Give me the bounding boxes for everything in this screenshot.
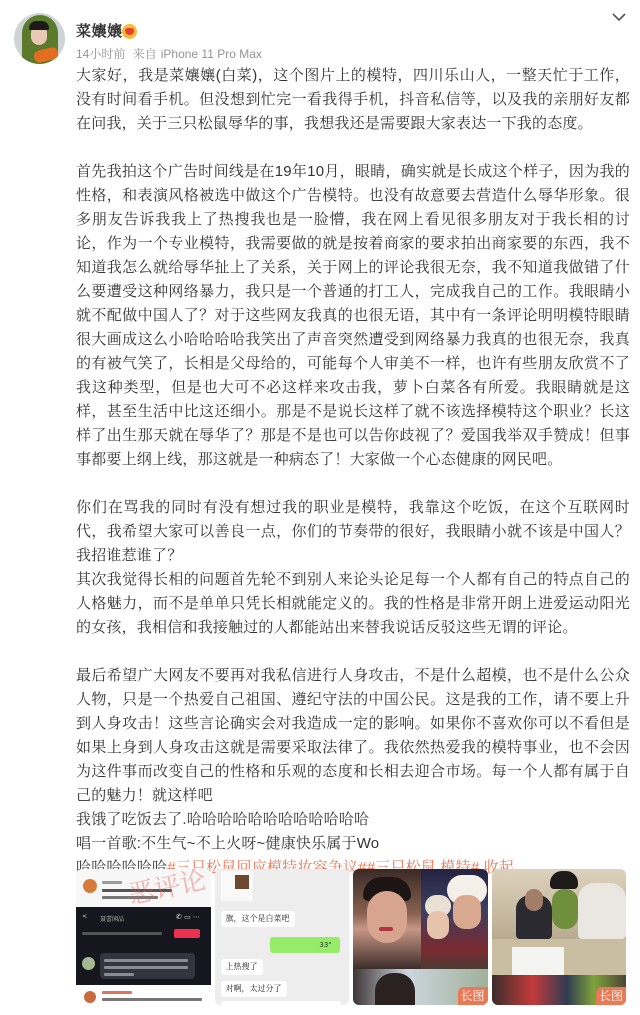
text-line [104, 959, 188, 962]
paragraph-appearance: 其次我觉得长相的问题首先轮不到别人来论头论足每一个人都有自己的特点自己的人格魅力… [76, 568, 630, 640]
line-hungry: 我饿了吃饭去了.哈哈哈哈哈哈哈哈哈哈哈哈 [76, 808, 630, 832]
post-time[interactable]: 14小时前 [76, 47, 125, 61]
photo-face [367, 891, 407, 943]
photo-hat [550, 871, 578, 889]
avatar[interactable] [14, 13, 65, 64]
chat-bubble: 对啊，太过分了 [221, 981, 287, 997]
text-line [102, 991, 132, 994]
photo-head [525, 889, 543, 911]
image-thumb-wechat[interactable]: 旗，这个是白菜吧 33" 上热搜了 对啊，太过分了 [215, 869, 350, 1005]
chat-title: 聂蕾闲品 [100, 914, 124, 923]
follow-button [174, 929, 200, 938]
image-thumb-chat[interactable]: 恶评论 < 聂蕾闲品 ✆ ▭ ⋯ [76, 869, 211, 1005]
photo-face [453, 895, 481, 929]
image-grid: 恶评论 < 聂蕾闲品 ✆ ▭ ⋯ 旗，这个是白菜吧 33" 上热搜了 对啊，太过… [76, 869, 626, 1005]
paragraph-timeline: 首先我拍这个广告时间线是在19年10月，眼睛，确实就是长成这个样子，因为我的性格… [76, 160, 630, 472]
voice-bubble: 33" [270, 937, 340, 953]
back-icon: < [82, 913, 87, 920]
chevron-down-icon[interactable] [612, 12, 626, 22]
weibo-post: 菜孃孃 14小时前 来自iPhone 11 Pro Max 大家好，我是菜孃孃(… [0, 0, 640, 1015]
chat-bubble [221, 1001, 341, 1005]
text-line [102, 998, 202, 1001]
image-thumb-village[interactable]: 长图 [492, 869, 627, 1005]
photo-face [427, 911, 449, 939]
paragraph-profession: 你们在骂我的同时有没有想过我的职业是模特，我靠这个吃饭，在这个互联网时代，我希望… [76, 496, 630, 568]
avatar-hair [29, 21, 49, 30]
paragraph-final: 最后希望广大网友不要再对我私信进行人身攻击，不是什么超模，也不是什么公众人物，只… [76, 664, 630, 808]
image-thumb-collage[interactable]: 长图 [353, 869, 488, 1005]
photo-woman [578, 883, 626, 939]
source-prefix: 来自 [133, 47, 157, 61]
commenter-avatar [83, 879, 97, 893]
photo-sign [512, 947, 564, 977]
vip-crown-icon[interactable] [122, 24, 137, 39]
line-song: 唱一首歌:不生气~不上火呀~健康快乐属于Wo [76, 832, 630, 856]
text-line [104, 966, 188, 969]
photo-lips [379, 927, 393, 931]
text-line [102, 881, 122, 884]
source-device: iPhone 11 Pro Max [161, 47, 262, 61]
chat-bubble: 旗，这个是白菜吧 [221, 911, 295, 927]
long-image-badge: 长图 [458, 987, 488, 1005]
photo-hair [375, 973, 415, 1005]
paragraph-intro: 大家好，我是菜孃孃(白菜)，这个图片上的模特，四川乐山人，一整天忙于工作，没有时… [76, 64, 630, 136]
author-name[interactable]: 菜孃孃 [76, 20, 123, 41]
long-image-badge: 长图 [596, 987, 626, 1005]
post-content: 大家好，我是菜孃孃(白菜)，这个图片上的模特，四川乐山人，一整天忙于工作，没有时… [76, 64, 630, 880]
text-line [104, 973, 134, 976]
chat-avatar [82, 957, 95, 970]
post-meta: 14小时前 来自iPhone 11 Pro Max [76, 45, 266, 62]
call-video-icons: ✆ ▭ ⋯ [176, 913, 200, 921]
text-line [82, 932, 162, 935]
chat-bubble: 上热搜了 [221, 959, 263, 975]
commenter-avatar [84, 991, 96, 1003]
photo-plant [552, 889, 578, 929]
bottom-comment-area [76, 985, 211, 1005]
shared-card-image [235, 875, 249, 889]
